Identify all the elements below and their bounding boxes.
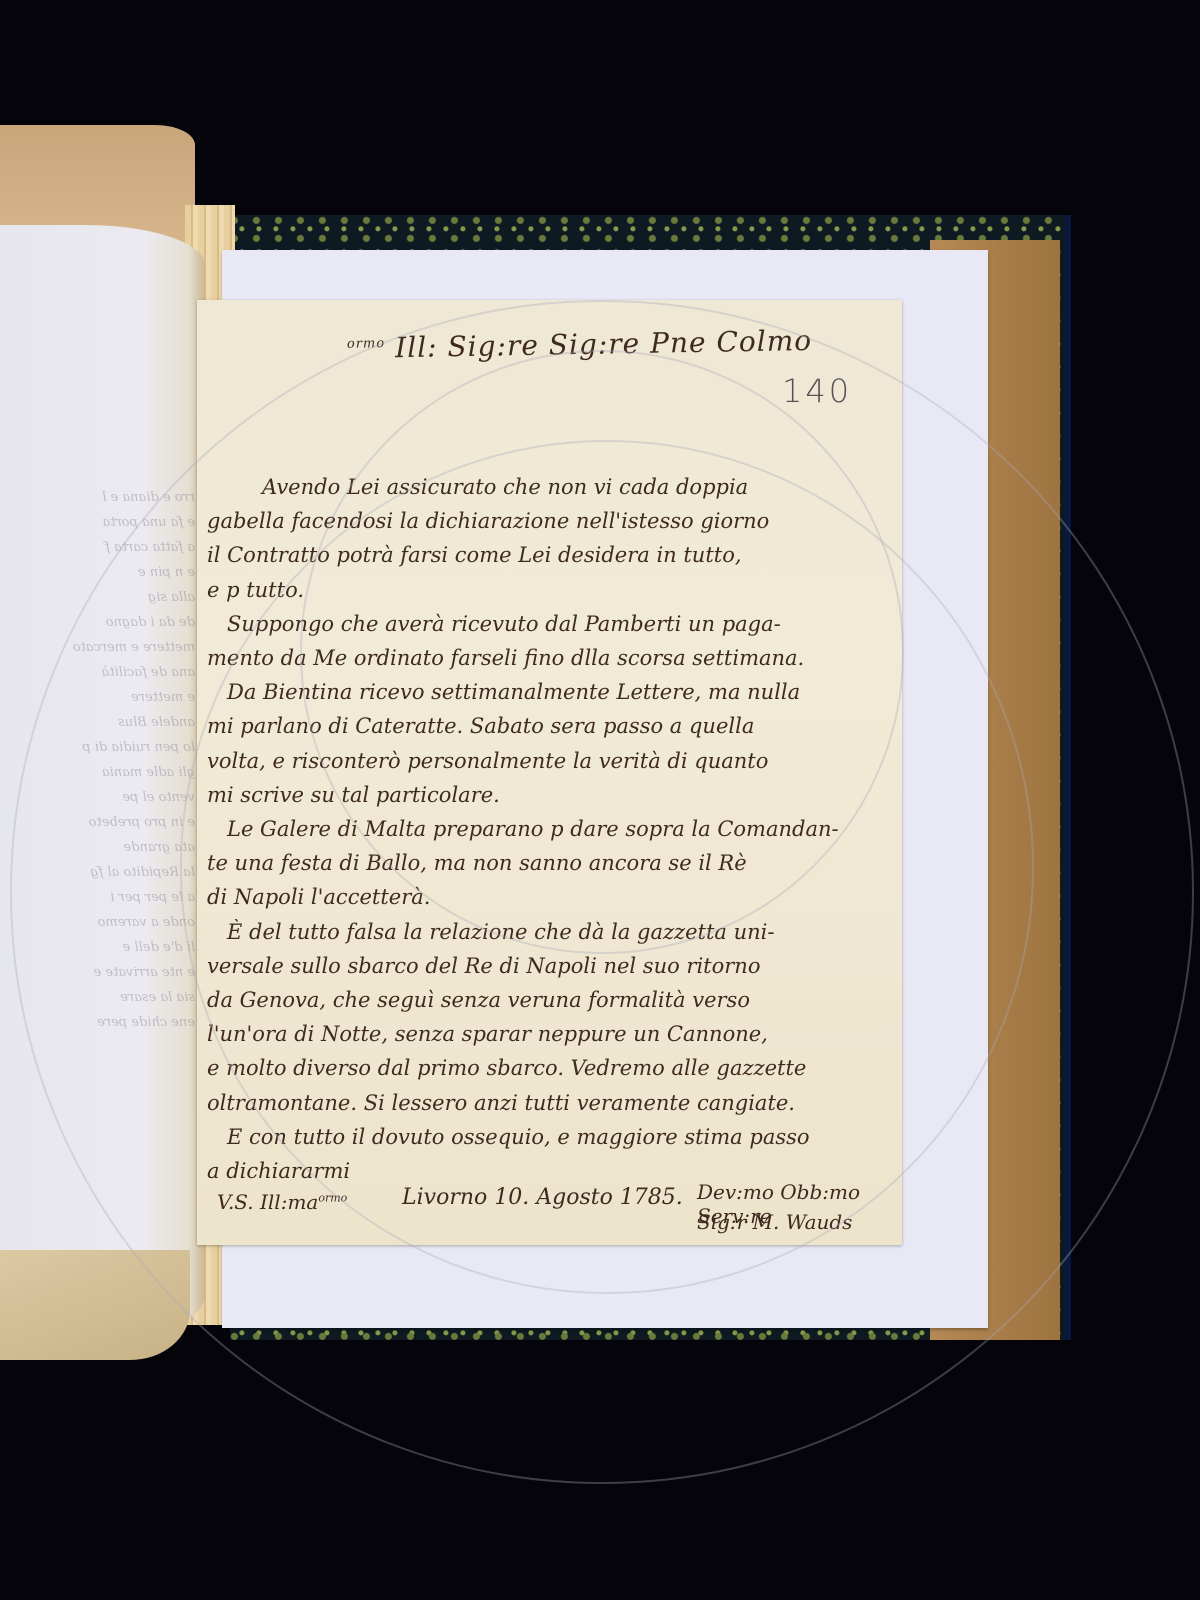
ghost-text-line: andele Blus (6, 715, 195, 735)
letter-line: versale sullo sbarco del Re di Napoli ne… (207, 949, 897, 983)
handwritten-letter: ormo Ill: Sig:re Sig:re Pne Colmo 140 Av… (197, 300, 902, 1245)
letter-line: Avendo Lei assicurato che non vi cada do… (207, 470, 897, 504)
letter-line: oltramontane. Si lessero anzi tutti vera… (207, 1086, 897, 1120)
ghost-text-line: rro e diana e l (6, 490, 195, 510)
letter-line: da Genova, che seguì senza veruna formal… (207, 983, 897, 1017)
letter-line: mento da Me ordinato farseli fino dlla s… (207, 641, 897, 675)
letter-line: Le Galere di Malta preparano p dare sopr… (207, 812, 897, 846)
letter-line: mi scrive su tal particolare. (207, 778, 897, 812)
letter-line: volta, e risconterò personalmente la ver… (207, 744, 897, 778)
ghost-text-line: li d'e dell e (6, 940, 195, 960)
ghost-text-line: lo pen ruidia di p (6, 740, 195, 760)
place-and-date: Livorno 10. Agosto 1785. (402, 1185, 683, 1210)
folio-number: 140 (782, 372, 852, 410)
letter-line: Suppongo che averà ricevuto dal Pamberti… (207, 607, 897, 641)
ghost-text-line: mettere e mercato (6, 640, 195, 660)
letter-line: mi parlano di Cateratte. Sabato sera pas… (207, 709, 897, 743)
letter-line: Da Bientina ricevo settimanalmente Lette… (207, 675, 897, 709)
letter-line: e p tutto. (207, 573, 897, 607)
left-page: rro e diana e l e fa una porta a fatta c… (0, 225, 205, 1335)
ghost-text-line: e fa una porta (6, 515, 195, 535)
letter-line: È del tutto falsa la relazione che dà la… (207, 915, 897, 949)
ghost-text-line: la Repidito al fg (6, 865, 195, 885)
salutation-text: Ill: Sig:re Sig:re Pne Colmo (395, 324, 813, 364)
salutation-superscript: ormo (347, 336, 385, 352)
addressee-text: V.S. Ill:ma (217, 1190, 318, 1214)
ghost-text-line: ata grande (6, 840, 195, 860)
left-page-bottom-flap (0, 1250, 190, 1360)
ghost-text-line: e nte arrivate e (6, 965, 195, 985)
ghost-text-line: e n pin e (6, 565, 195, 585)
ghost-text-line: ene chide pere (6, 1015, 195, 1035)
letter-line: di Napoli l'accetterà. (207, 880, 897, 914)
ghost-text-line: onde a varemo (6, 915, 195, 935)
ghost-text-line: vento el pe (6, 790, 195, 810)
ghost-text-line: a fatta carta f (6, 540, 195, 560)
ghost-text-line: a le per per i (6, 890, 195, 910)
letter-line: l'un'ora di Notte, senza sparar neppure … (207, 1017, 897, 1051)
ghost-text-line: de da i dagno (6, 615, 195, 635)
letter-salutation: ormo Ill: Sig:re Sig:re Pne Colmo (347, 324, 813, 365)
ghost-text-line: e in pro prebeto (6, 815, 195, 835)
ghost-text-line: gli adle mania (6, 765, 195, 785)
closing-addressee: V.S. Ill:maormo (217, 1190, 347, 1214)
ghost-text-line: sia la esare (6, 990, 195, 1010)
letter-body: Avendo Lei assicurato che non vi cada do… (207, 470, 897, 1188)
letter-line: E con tutto il dovuto ossequio, e maggio… (207, 1120, 897, 1154)
letter-line: te una festa di Ballo, ma non sanno anco… (207, 846, 897, 880)
ghost-text-line: alla sig (6, 590, 195, 610)
addressee-superscript: ormo (318, 1191, 347, 1204)
signature-name: Sig:r M. Wauds (697, 1210, 852, 1234)
photograph-scene: rro e diana e l e fa una porta a fatta c… (0, 0, 1200, 1600)
letter-line: e molto diverso dal primo sbarco. Vedrem… (207, 1051, 897, 1085)
letter-closing: V.S. Ill:maormo Livorno 10. Agosto 1785.… (217, 1170, 897, 1240)
letter-line: il Contratto potrà farsi come Lei deside… (207, 538, 897, 572)
ghost-text-line: ana de facilità (6, 665, 195, 685)
ghost-text-line: e mettere (6, 690, 195, 710)
letter-line: gabella facendosi la dichiarazione nell'… (207, 504, 897, 538)
